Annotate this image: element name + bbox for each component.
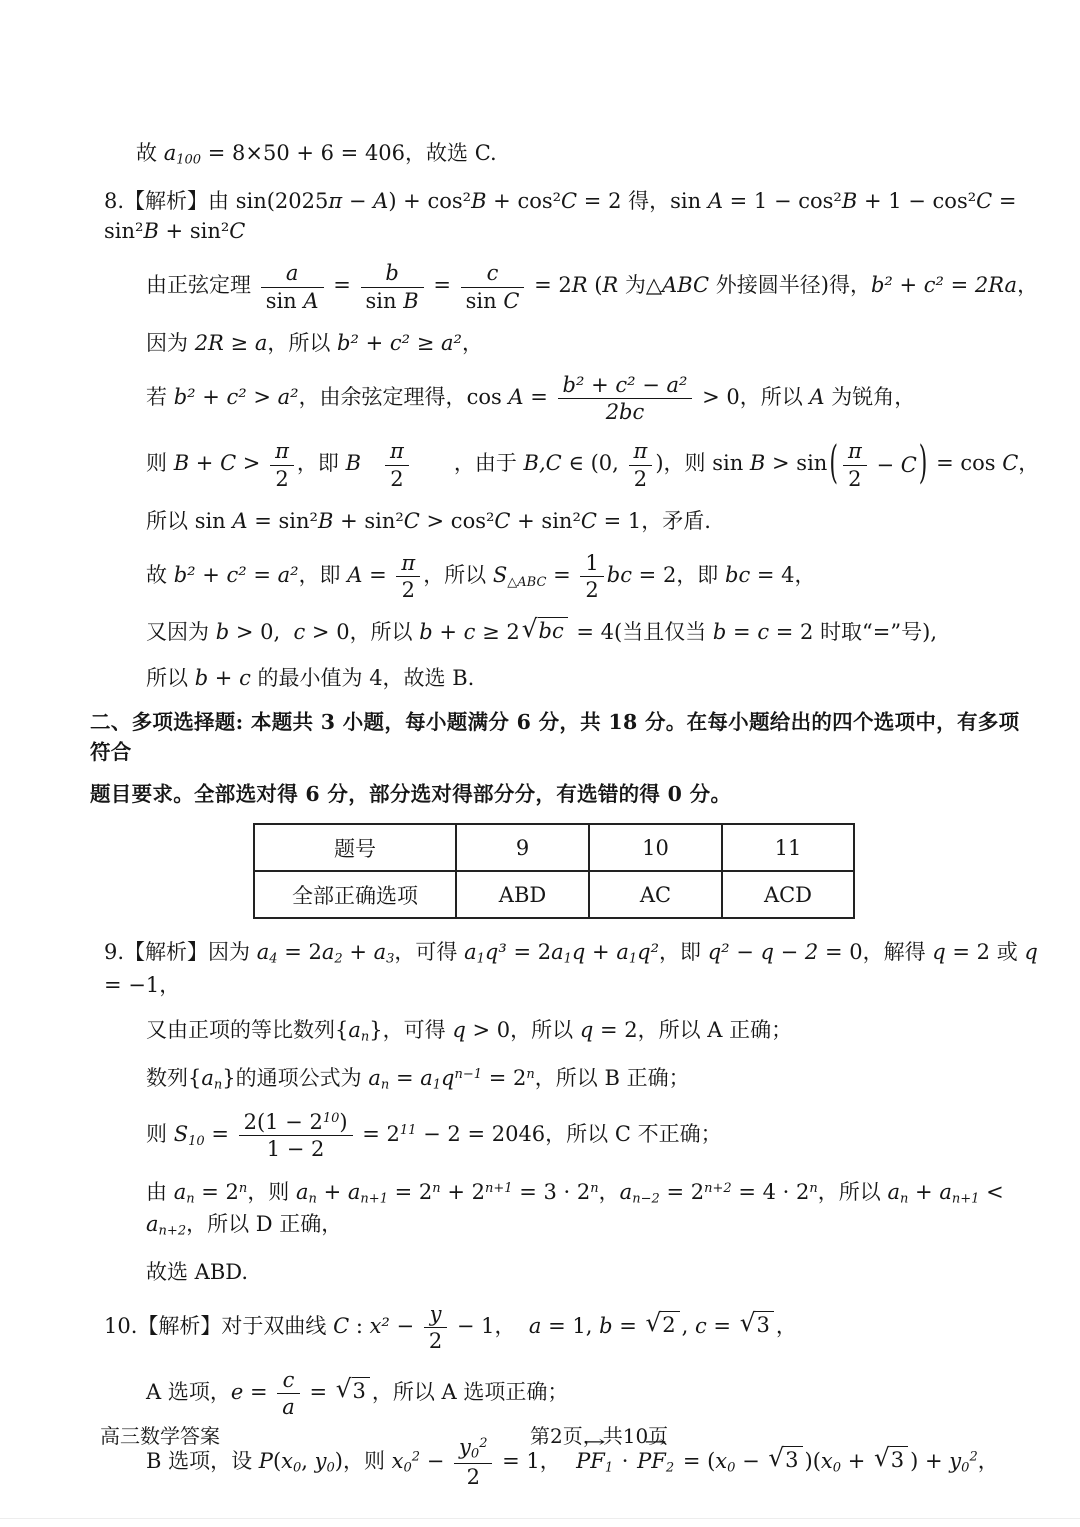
solution-line: 数列{an}的通项公式为 an = a1qn−1 = 2n，所以 B 正确； — [90, 1063, 1040, 1096]
math-run: = — [707, 1314, 738, 1338]
subscript: 1 — [564, 952, 572, 967]
math-run: } — [222, 1066, 235, 1090]
text-run: 数列 — [146, 1066, 188, 1090]
fraction: π2 — [843, 439, 867, 490]
math-run: = — [726, 620, 757, 644]
radicand: 3 — [784, 1446, 802, 1473]
text-run: ， — [462, 331, 483, 355]
math-var-run: x — [715, 1449, 727, 1473]
math-run: − — [735, 1449, 766, 1473]
answer-table-header-q10: 10 — [589, 824, 722, 871]
math-var-run: a — [164, 141, 177, 165]
math-var-run: π — [634, 439, 648, 463]
math-var-run: q² − q − 2 — [708, 940, 825, 964]
subscript: 0 — [833, 1460, 841, 1475]
math-run: = — [524, 385, 555, 409]
math-var-run: q² — [637, 940, 659, 964]
math-var-run: a — [368, 1066, 381, 1090]
math-run: 2 — [390, 467, 403, 491]
square-root: √bc — [522, 617, 568, 644]
solution-line: 由正弦定理 asin A = bsin B = csin C = 2R (R 为… — [90, 261, 1040, 312]
vector-name: PF — [637, 1449, 666, 1473]
math-run: { — [188, 1066, 201, 1090]
text-run: 故 — [146, 563, 174, 587]
text-run: ，所以 — [350, 620, 420, 644]
fraction-numerator: π — [396, 551, 420, 577]
superscript: 2 — [412, 1449, 420, 1464]
text-run: 若 — [146, 385, 174, 409]
subscript: 0 — [327, 1460, 335, 1475]
superscript: n — [809, 1180, 817, 1195]
square-root: √3 — [740, 1311, 774, 1338]
math-var-run: C — [581, 509, 597, 533]
math-run: = — [546, 563, 577, 587]
math-var-run: C — [1002, 452, 1018, 476]
math-var-run: C — [503, 289, 519, 313]
text-run: ，解得 — [863, 940, 933, 964]
math-var-run: x² — [370, 1314, 390, 1338]
superscript: n+1 — [485, 1180, 513, 1195]
math-var-run: x — [392, 1449, 404, 1473]
math-var-run: π — [401, 551, 415, 575]
math-run: + — [585, 940, 616, 964]
math-run: , — [682, 1314, 695, 1338]
fraction: b² + c² − a²2bc — [558, 373, 693, 424]
math-run: 3 — [785, 1448, 798, 1472]
fraction-denominator: 2 — [270, 466, 294, 491]
text-run: 的最小值为 4，故选 B. — [251, 666, 475, 690]
math-run: 2 — [634, 467, 647, 491]
math-run: cos — [467, 385, 509, 409]
fraction-numerator: π — [270, 439, 294, 465]
fraction: asin A — [261, 261, 324, 312]
scan-bottom-edge-line — [0, 1518, 1080, 1519]
math-var-run: A — [508, 385, 523, 409]
solution-line: 则 B + C > π2，即 B π2 ，由于 B,C ∈ (0, π2)，则 … — [90, 439, 1040, 490]
math-run: = 1, — [541, 1314, 599, 1338]
solution-line: 所以 b + c 的最小值为 4，故选 B. — [90, 663, 1040, 693]
text-run: A 选项， — [146, 1380, 231, 1404]
math-var-run: y — [430, 1302, 442, 1326]
subscript: 10 — [188, 1134, 205, 1149]
math-var-run: B — [750, 452, 765, 476]
text-run: ，即 — [659, 940, 708, 964]
math-run: 2 — [275, 467, 288, 491]
superscript: n — [526, 1067, 534, 1082]
math-var-run: b² + c² = a² — [174, 563, 299, 587]
subscript: 1 — [605, 1460, 613, 1475]
section-two-heading-line1: 二、多项选择题: 本题共 3 小题，每小题满分 6 分，共 18 分。在每小题给… — [90, 708, 1040, 767]
math-var-run: a — [939, 1180, 952, 1204]
text-run: 则 — [146, 1122, 174, 1146]
section-two-heading-line2: 题目要求。全部选对得 6 分，部分选对得部分分，有选错的得 0 分。 — [90, 780, 1040, 810]
math-run: sin — [466, 289, 504, 313]
text-run: ，可得 — [383, 1018, 453, 1042]
text-run: 的通项公式为 — [236, 1066, 369, 1090]
fraction-denominator: 2bc — [558, 399, 693, 424]
solution-line: 又因为 b > 0, c > 0，所以 b + c ≥ 2√bc = 4(当且仅… — [90, 617, 1040, 647]
subscript: n — [309, 1191, 317, 1206]
math-var-run: C — [561, 189, 577, 213]
text-run: ，所以 — [818, 1180, 888, 1204]
math-run: sin — [266, 289, 304, 313]
text-run: 为锐角， — [825, 385, 916, 409]
text-run: ，矛盾. — [641, 509, 711, 533]
math-var-run: b² + c² — [337, 331, 417, 355]
math-var-run: A — [708, 189, 723, 213]
text-run: 或 — [997, 940, 1025, 964]
math-var-run: 2R — [195, 331, 231, 355]
text-run: 所以 — [146, 666, 195, 690]
math-run: + sin² — [333, 509, 403, 533]
math-var-run: a — [420, 1066, 433, 1090]
text-run — [361, 452, 382, 476]
math-run: ≥ — [231, 331, 255, 355]
text-run: ， — [795, 563, 816, 587]
math-run: sin — [670, 189, 708, 213]
fraction: csin C — [461, 261, 525, 312]
text-run: ， — [1018, 452, 1039, 476]
math-var-run: S — [493, 563, 507, 587]
math-var-run: q — [932, 940, 945, 964]
text-run: ，则 — [664, 452, 713, 476]
radical-icon: √ — [522, 615, 538, 642]
solution-line: 10.【解析】对于双曲线 C : x² − y2 − 1， a = 1, b =… — [90, 1302, 1040, 1353]
text-run: ，所以 — [510, 1018, 580, 1042]
math-run: = 2 — [195, 1180, 239, 1204]
math-run: ) — [335, 1449, 343, 1473]
radical-icon: √ — [740, 1309, 756, 1336]
text-run: 得， — [628, 189, 670, 213]
big-paren-group: (π2 − C) — [827, 439, 929, 490]
math-var-run: B + C > — [174, 452, 267, 476]
text-run: 故 — [136, 141, 164, 165]
math-run: )( — [805, 1449, 821, 1473]
text-run: 由 — [146, 1180, 174, 1204]
math-var-run: q — [572, 940, 585, 964]
math-var-run: π — [390, 439, 404, 463]
math-var-run: π — [328, 189, 342, 213]
math-run: 3 — [353, 1379, 366, 1403]
solution-line: 若 b² + c² > a²，由余弦定理得，cos A = b² + c² − … — [90, 373, 1040, 424]
math-run: ( — [588, 274, 603, 298]
superscript: 2 — [969, 1449, 977, 1464]
math-run: sin(2025 — [236, 189, 329, 213]
math-run: = 2 — [356, 1122, 400, 1146]
text-run: ，所以 D 正确， — [186, 1212, 342, 1236]
radicand: 3 — [755, 1311, 773, 1338]
math-var-run: a — [296, 1180, 309, 1204]
math-run: = cos — [929, 452, 1002, 476]
math-run: = 2 — [388, 1180, 432, 1204]
math-var-run: q — [580, 1018, 593, 1042]
fraction-numerator: π — [629, 439, 653, 465]
math-var-run: y — [949, 1449, 961, 1473]
answer-table-answer-q10: AC — [589, 871, 722, 918]
math-run: 2 — [467, 1465, 480, 1489]
math-var-run: B — [346, 452, 361, 476]
math-run: < — [979, 1180, 1010, 1204]
math-var-run: b² + c² = 2Ra — [871, 274, 1017, 298]
math-var-run: b² + c² > a² — [174, 385, 299, 409]
math-var-run: a — [146, 1212, 159, 1236]
math-run: 2 — [848, 467, 861, 491]
subscript: n — [186, 1191, 194, 1206]
math-run: = 1 — [495, 1449, 539, 1473]
math-var-run: a — [616, 940, 629, 964]
math-run: + — [908, 1180, 939, 1204]
math-var-run: B — [842, 189, 857, 213]
radical-icon: √ — [874, 1444, 890, 1471]
text-run: 为△ — [618, 274, 662, 298]
math-var-run: c — [283, 1368, 295, 1392]
text-run: 8.【解析】由 — [104, 189, 236, 213]
exam-answer-page: 故 a100 = 8×50 + 6 = 406，故选 C.8.【解析】由 sin… — [0, 0, 1080, 1527]
fraction-numerator: 2(1 − 210) — [239, 1110, 353, 1136]
superscript: 2 — [479, 1435, 487, 1450]
math-var-run: a — [887, 1180, 900, 1204]
fraction-numerator: π — [385, 439, 409, 465]
math-run: = — [389, 1066, 420, 1090]
fraction-numerator: b² + c² − a² — [558, 373, 693, 399]
fraction: ca — [277, 1368, 300, 1419]
math-var-run: a — [464, 940, 477, 964]
math-run: 3 — [891, 1448, 904, 1472]
vector-overline: →PF2 — [637, 1446, 674, 1479]
math-run: = 2 — [507, 940, 551, 964]
math-run: ) + cos² — [388, 189, 471, 213]
subscript: 2 — [334, 952, 342, 967]
subscript: △ABC — [507, 575, 546, 590]
fraction: π2 — [385, 439, 409, 490]
text-run: 所以 — [146, 509, 195, 533]
solution-line: 所以 sin A = sin²B + sin²C > cos²C + sin²C… — [90, 506, 1040, 536]
text-run: ，即 — [676, 563, 725, 587]
fraction-numerator: 1 — [580, 551, 603, 577]
math-run: = 2 — [769, 620, 820, 644]
math-run: − — [390, 1314, 421, 1338]
math-run: : — [349, 1314, 369, 1338]
answer-table-header-q9: 9 — [456, 824, 589, 871]
text-run: ，即 — [297, 452, 346, 476]
fraction: 12 — [580, 551, 603, 602]
text-run: ， — [159, 973, 180, 997]
math-var-run: R — [572, 274, 588, 298]
math-var-run: b — [713, 620, 726, 644]
text-run: ，由于 — [412, 452, 524, 476]
superscript: n — [590, 1180, 598, 1195]
math-var-run: A — [373, 189, 388, 213]
math-var-run: a — [374, 940, 387, 964]
radicand: 3 — [352, 1377, 370, 1404]
math-run: 2 — [402, 578, 415, 602]
answer-table-answer-row: 全部正确选项 ABD AC ACD — [254, 871, 854, 918]
radical-icon: √ — [645, 1309, 661, 1336]
open-paren-icon: ( — [827, 432, 840, 498]
math-var-run: B — [471, 189, 486, 213]
fraction: π2 — [629, 439, 653, 490]
text-run: 时取“=”号), — [820, 620, 937, 644]
solution-line: 则 S10 = 2(1 − 210)1 − 2 = 211 − 2 = 2046… — [90, 1110, 1040, 1161]
text-run: ，所以 A 选项正确； — [372, 1380, 569, 1404]
text-run: ， — [978, 1449, 999, 1473]
math-var-run: y — [459, 1435, 471, 1459]
math-run: + — [841, 1449, 872, 1473]
math-run: ) — [339, 1110, 347, 1134]
subscript: 1 — [629, 952, 637, 967]
fraction-denominator: 2 — [424, 1328, 447, 1353]
math-run: = — [243, 1380, 274, 1404]
fraction-denominator: sin A — [261, 288, 324, 313]
fraction-numerator: y02 — [454, 1435, 492, 1465]
math-var-run: a — [551, 940, 564, 964]
math-var-run: a — [257, 940, 270, 964]
math-run: = — [327, 274, 358, 298]
answer-table-header-q11: 11 — [722, 824, 854, 871]
math-run: } — [369, 1018, 382, 1042]
math-run: 2(1 − 2 — [244, 1110, 323, 1134]
text-run: B 选项，设 — [146, 1449, 259, 1473]
math-run: + — [317, 1180, 348, 1204]
math-run: > 0, — [229, 620, 293, 644]
math-run: = 3 · 2 — [513, 1180, 591, 1204]
solution-line: 8.【解析】由 sin(2025π − A) + cos²B + cos²C =… — [90, 186, 1040, 247]
text-run: ，所以 — [267, 331, 337, 355]
math-run: ∈ (0, — [568, 452, 625, 476]
math-var-run: B — [318, 509, 333, 533]
fraction-denominator: 2 — [396, 577, 420, 602]
math-run: { — [335, 1018, 348, 1042]
math-var-run: ABC — [662, 274, 709, 298]
math-run: ≥ — [417, 331, 441, 355]
answer-table-header-row: 题号 9 10 11 — [254, 824, 854, 871]
math-run: + — [343, 940, 374, 964]
text-run: ，则 — [343, 1449, 392, 1473]
answer-table: 题号 9 10 11 全部正确选项 ABD AC ACD — [253, 823, 855, 919]
math-run: = 4 · 2 — [732, 1180, 810, 1204]
text-run: ， — [776, 1314, 797, 1338]
math-run: 1 − 2 — [267, 1137, 325, 1161]
text-run: ，故选 C. — [405, 141, 497, 165]
math-var-run: A — [303, 289, 318, 313]
math-run: = — [362, 563, 393, 587]
fraction-denominator: sin C — [461, 288, 525, 313]
math-run: = 2 — [593, 1018, 637, 1042]
math-run: = — [613, 1314, 644, 1338]
fraction: 2(1 − 210)1 − 2 — [239, 1110, 353, 1161]
radical-icon: √ — [768, 1444, 784, 1471]
math-var-run: π — [275, 439, 289, 463]
math-run: = — [427, 274, 458, 298]
fraction: y2 — [424, 1302, 447, 1353]
math-run: − 1 — [450, 1314, 494, 1338]
math-run: ) — [655, 452, 663, 476]
answer-table-header-label: 题号 — [254, 824, 456, 871]
superscript: 10 — [323, 1111, 340, 1126]
solution-line: 9.【解析】因为 a4 = 2a2 + a3，可得 a1q³ = 2a1q + … — [90, 937, 1040, 1000]
math-var-run: x — [821, 1449, 833, 1473]
math-var-run: A — [809, 385, 824, 409]
math-var-run: S — [174, 1122, 188, 1146]
vector-overline: →PF1 — [576, 1446, 613, 1479]
text-run: 则 — [146, 452, 174, 476]
text-run: ，由余弦定理得， — [299, 385, 467, 409]
math-var-run: c — [757, 620, 769, 644]
math-run: + 1 − cos² — [857, 189, 976, 213]
fraction-numerator: b — [361, 261, 424, 287]
math-var-run: C — [229, 219, 245, 243]
math-var-run: B — [403, 289, 418, 313]
math-run: = ( — [676, 1449, 715, 1473]
math-run: 2 — [585, 578, 598, 602]
math-run: − — [342, 189, 373, 213]
math-var-run: q — [441, 1066, 454, 1090]
math-run: · — [615, 1449, 635, 1473]
fraction-numerator: c — [277, 1368, 300, 1394]
square-root: √3 — [336, 1377, 370, 1404]
math-var-run: b + c — [419, 620, 482, 644]
text-run: 外接圆半径)得， — [709, 274, 871, 298]
math-run: = 2 — [660, 1180, 704, 1204]
math-var-run: A — [347, 563, 362, 587]
math-run: = 2 — [482, 1066, 526, 1090]
math-run: 2 — [662, 1313, 675, 1337]
math-var-run: A — [232, 509, 247, 533]
footer-doc-title: 高三数学答案 — [100, 1420, 220, 1449]
solution-line: 故 a100 = 8×50 + 6 = 406，故选 C. — [90, 138, 1040, 171]
math-run: > 0 — [466, 1018, 510, 1042]
superscript: n — [432, 1180, 440, 1195]
math-var-run: a — [286, 261, 299, 285]
fraction: y022 — [454, 1435, 492, 1490]
math-run: > cos² — [420, 509, 495, 533]
text-run: ， — [540, 1449, 574, 1473]
math-run: = 0 — [825, 940, 863, 964]
math-run: = — [303, 1380, 334, 1404]
math-run: sin — [195, 509, 233, 533]
superscript: n+2 — [704, 1180, 732, 1195]
math-run: = 2 — [632, 563, 676, 587]
fraction-denominator: 2 — [385, 466, 409, 491]
subscript: 2 — [666, 1460, 674, 1475]
radical-icon: √ — [336, 1375, 352, 1402]
close-paren-icon: ) — [917, 432, 930, 498]
text-run: 又因为 — [146, 620, 216, 644]
solution-line: 故选 ABD. — [90, 1257, 1040, 1287]
subscript: n−2 — [632, 1191, 660, 1206]
math-var-run: P — [259, 1449, 273, 1473]
fraction-denominator: 2 — [580, 577, 603, 602]
math-var-run: C — [333, 1314, 349, 1338]
math-run: = 8×50 + 6 = 406 — [201, 141, 405, 165]
answer-table-row-label: 全部正确选项 — [254, 871, 456, 918]
math-run: + 2 — [441, 1180, 485, 1204]
math-var-run: C — [494, 509, 510, 533]
superscript: n−1 — [455, 1067, 483, 1082]
solution-line: A 选项，e = ca = √3，所以 A 选项正确； — [90, 1368, 1040, 1419]
text-run: ， — [599, 1180, 620, 1204]
math-var-run: y — [315, 1449, 327, 1473]
math-var-run: b — [216, 620, 229, 644]
math-var-run: B,C — [524, 452, 569, 476]
subscript: 4 — [269, 952, 277, 967]
math-run: = 1 − cos² — [723, 189, 842, 213]
math-run: 3 — [756, 1313, 769, 1337]
answer-table-answer-q11: ACD — [722, 871, 854, 918]
math-var-run: C — [976, 189, 992, 213]
subscript: 1 — [477, 952, 485, 967]
math-run: > 0 — [695, 385, 739, 409]
